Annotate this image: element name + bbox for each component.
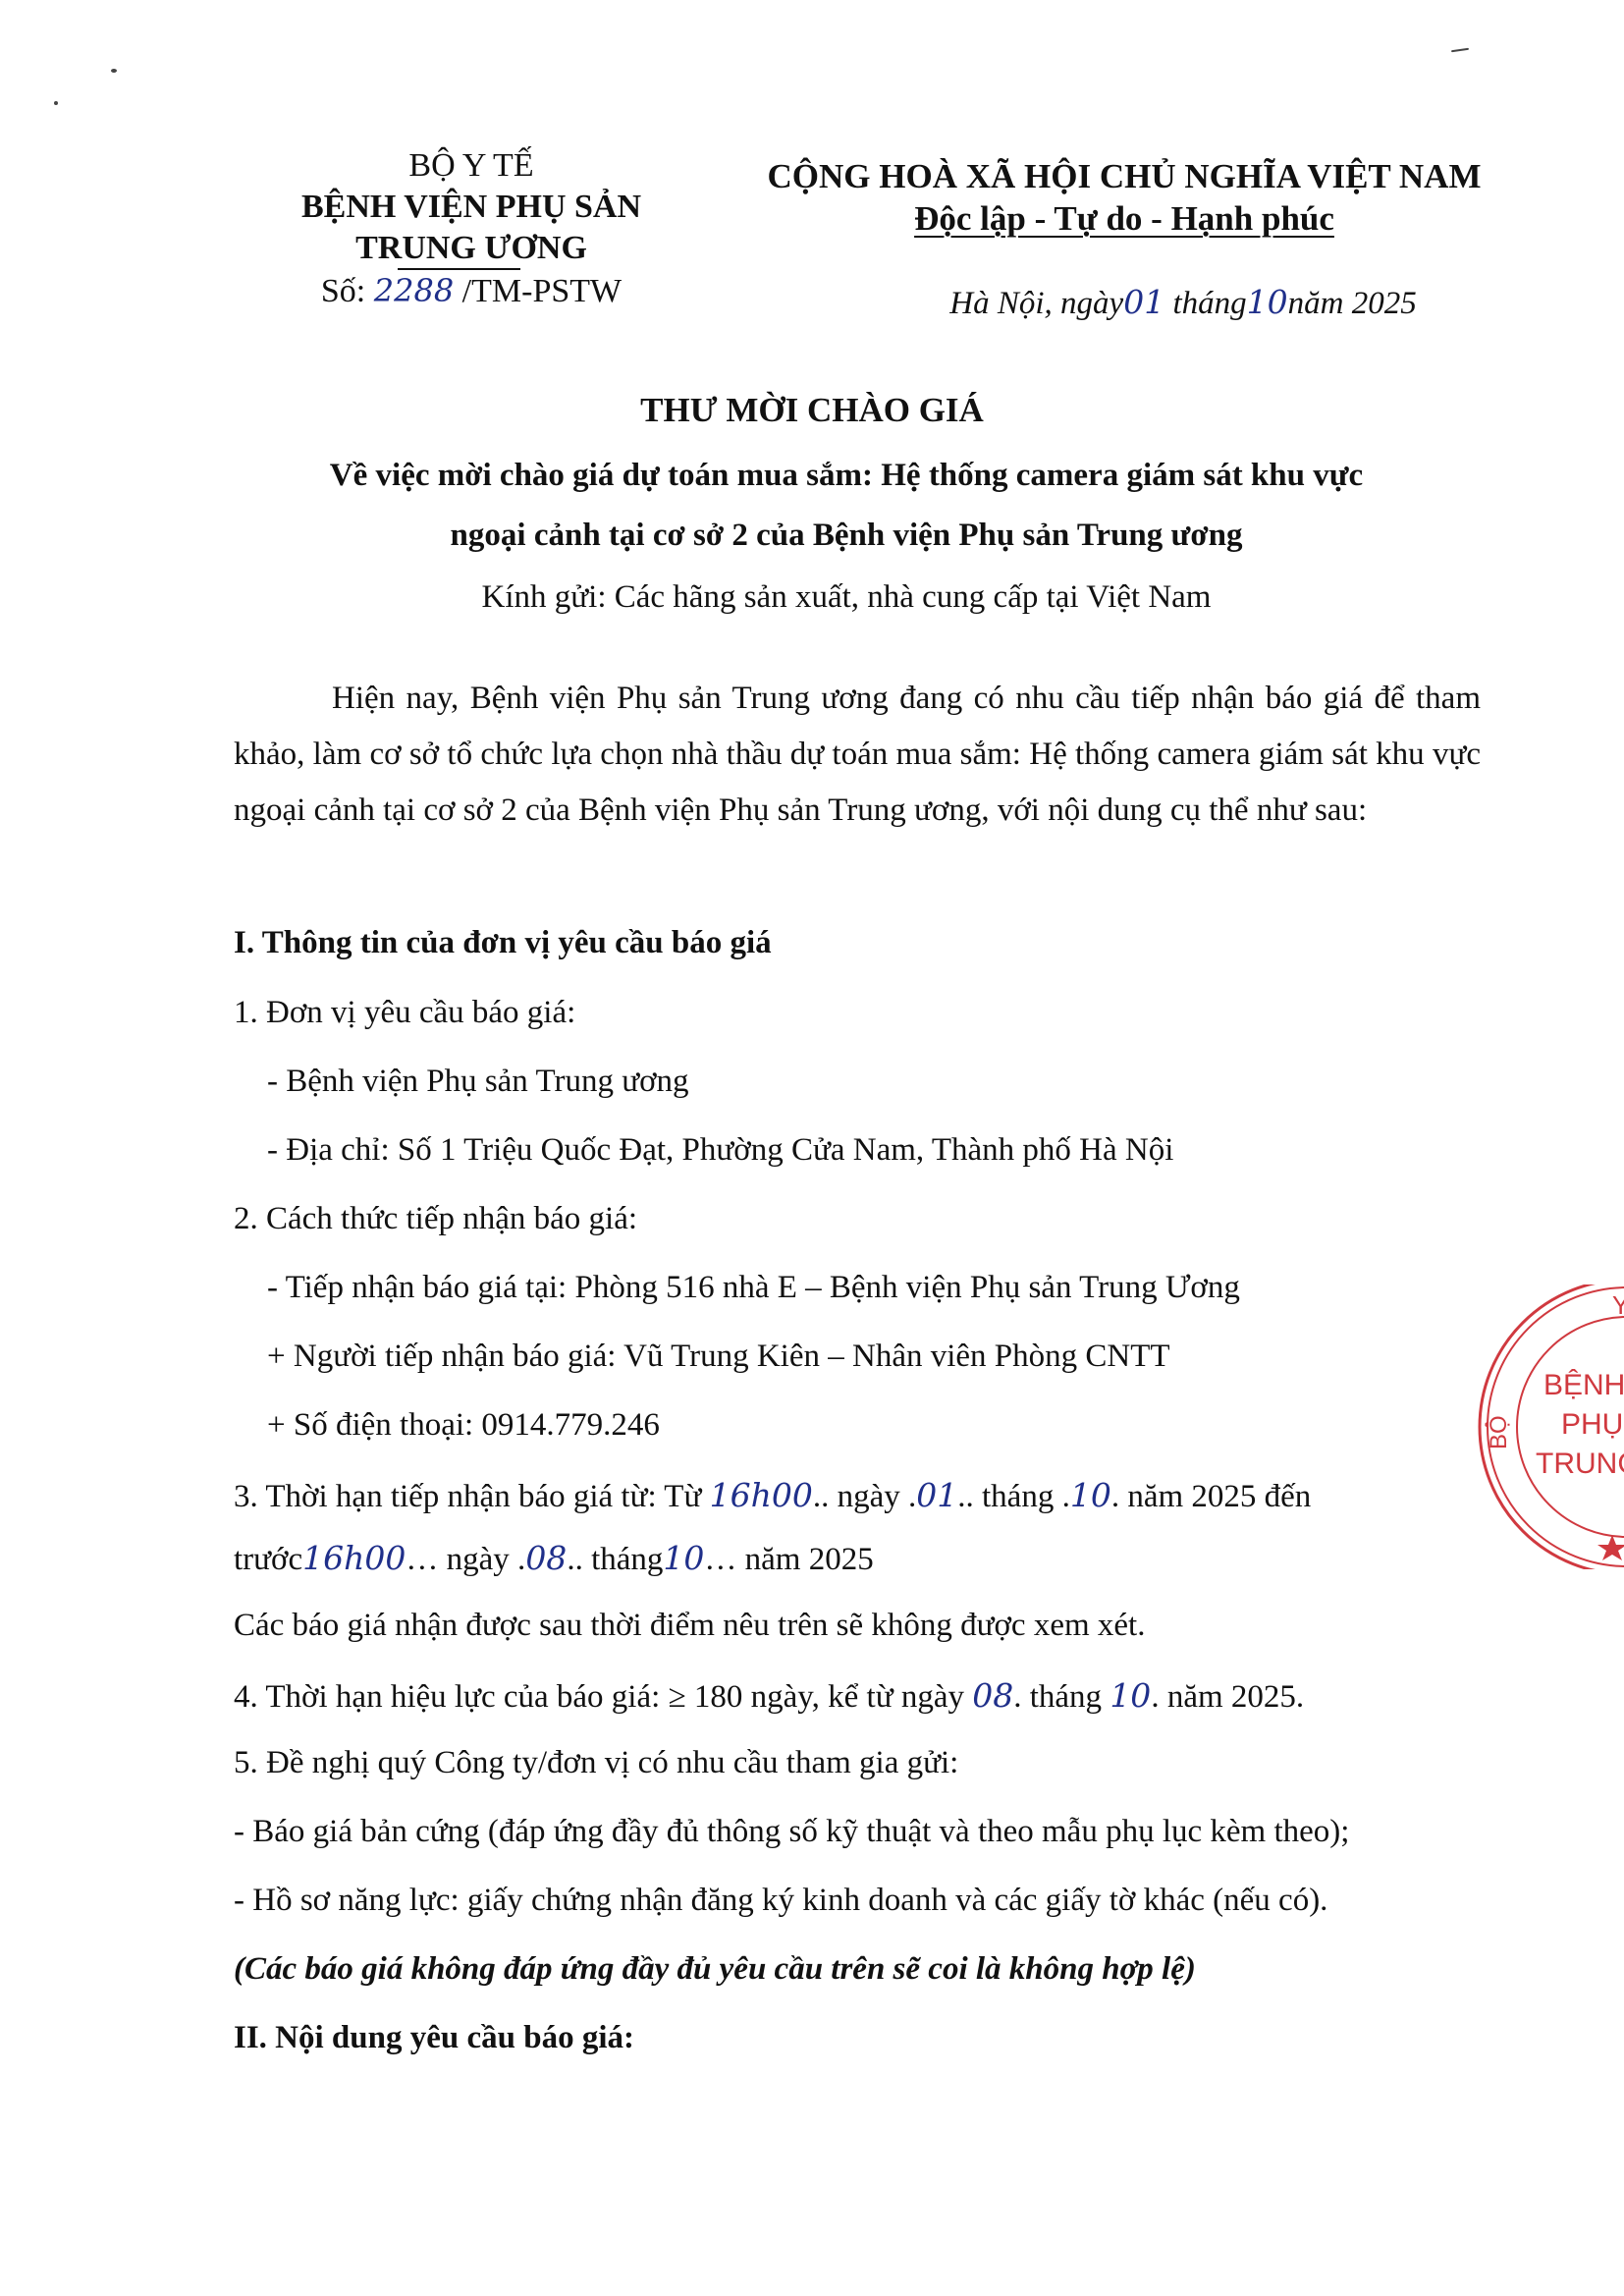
document-subject-line1: Về việc mời chào giá dự toán mua sắm: Hệ… (0, 458, 1624, 494)
item4-day: 08 (972, 1676, 1013, 1715)
item4-prefix: 4. Thời hạn hiệu lực của báo giá: ≥ 180 … (234, 1679, 964, 1715)
stamp-left-text: BỘ (1485, 1415, 1512, 1449)
item5-hard-copy: - Báo giá bản cứng (đáp ứng đầy đủ thông… (234, 1814, 1349, 1850)
section2-heading: II. Nội dung yêu cầu báo giá: (234, 2020, 634, 2056)
item1-name: - Bệnh viện Phụ sản Trung ương (267, 1064, 689, 1100)
item3-to-day: 08 (525, 1539, 567, 1577)
date-month-label: tháng (1172, 286, 1246, 321)
place-date: Hà Nội, ngày01 tháng10năm 2025 (722, 283, 1527, 322)
item3-to-month: 10 (663, 1539, 704, 1577)
scan-speck (54, 101, 58, 105)
item3-to-day-label: … ngày . (406, 1542, 525, 1577)
national-motto: Độc lập - Tự do - Hạnh phúc (722, 199, 1527, 239)
item5-capability: - Hồ sơ năng lực: giấy chứng nhận đăng k… (234, 1883, 1327, 1919)
late-notice: Các báo giá nhận được sau thời điểm nêu … (234, 1608, 1145, 1644)
document-number-handwritten: 2288 (374, 272, 454, 309)
section1-heading: I. Thông tin của đơn vị yêu cầu báo giá (234, 925, 772, 961)
hospital-name-line2-text: TRUNG ƯƠNG (355, 230, 587, 266)
hospital-underline (398, 268, 520, 270)
ministry-name: BỘ Y TẾ (255, 147, 687, 185)
document-title: THƯ MỜI CHÀO GIÁ (0, 391, 1624, 430)
item2-person: + Người tiếp nhận báo giá: Vũ Trung Kiên… (267, 1339, 1170, 1375)
item3-line2: trước16h00… ngày .08.. tháng10… năm 2025 (234, 1539, 874, 1578)
date-year: năm 2025 (1288, 286, 1417, 321)
item4-suffix: . năm 2025. (1151, 1679, 1304, 1715)
item4: 4. Thời hạn hiệu lực của báo giá: ≥ 180 … (234, 1676, 1304, 1716)
item4-month-label: . tháng (1013, 1679, 1102, 1715)
invalid-note: (Các báo giá không đáp ứng đầy đủ yêu cầ… (234, 1951, 1196, 1988)
document-subject-line2: ngoại cảnh tại cơ sở 2 của Bệnh viện Phụ… (0, 518, 1624, 554)
item3-to-time: 16h00 (302, 1539, 406, 1577)
item1-address: - Địa chỉ: Số 1 Triệu Quốc Đạt, Phường C… (267, 1132, 1173, 1169)
item2-phone: + Số điện thoại: 0914.779.246 (267, 1407, 660, 1444)
scan-speck (111, 69, 117, 73)
date-prefix: Hà Nội, ngày (949, 286, 1123, 321)
stamp-line3: TRUNG Ư (1536, 1448, 1624, 1480)
date-month-handwritten: 10 (1247, 283, 1288, 321)
item2-place: - Tiếp nhận báo giá tại: Phòng 516 nhà E… (267, 1270, 1240, 1306)
national-motto-text: Độc lập - Tự do - Hạnh phúc (914, 199, 1334, 238)
item3-to-year: … năm 2025 (704, 1542, 873, 1577)
item3-from-year: . năm 2025 đến (1111, 1479, 1311, 1514)
document-number-label: Số: (321, 273, 365, 309)
item4-month: 10 (1110, 1676, 1151, 1715)
item3-from-month-label: .. tháng . (957, 1479, 1070, 1514)
item5-label: 5. Đề nghị quý Công ty/đơn vị có nhu cầu… (234, 1745, 958, 1781)
intro-text: Hiện nay, Bệnh viện Phụ sản Trung ương đ… (234, 681, 1481, 828)
date-day-handwritten: 01 (1123, 283, 1164, 321)
recipient: Kính gửi: Các hãng sản xuất, nhà cung cấ… (0, 579, 1624, 616)
intro-paragraph: Hiện nay, Bệnh viện Phụ sản Trung ương đ… (234, 671, 1481, 839)
item3-to-month-label: .. tháng (567, 1542, 663, 1577)
stamp-top-text: Y (1612, 1290, 1624, 1320)
item3-from-time: 16h00 (710, 1476, 813, 1514)
document-number: Số: 2288 /TM-PSTW (255, 272, 687, 310)
item3-prefix: 3. Thời hạn tiếp nhận báo giá từ: Từ (234, 1479, 701, 1514)
item3-line1: 3. Thời hạn tiếp nhận báo giá từ: Từ 16h… (234, 1476, 1311, 1515)
item1-label: 1. Đơn vị yêu cầu báo giá: (234, 995, 575, 1031)
scan-speck (1451, 48, 1469, 52)
item3-from-day-label: .. ngày . (813, 1479, 916, 1514)
item3-from-day: 01 (916, 1476, 957, 1514)
stamp-star-icon (1597, 1535, 1624, 1560)
hospital-name-line2: TRUNG ƯƠNG (255, 230, 687, 267)
country-name: CỘNG HOÀ XÃ HỘI CHỦ NGHĨA VIỆT NAM (722, 157, 1527, 196)
stamp-seal-icon: Y BỘ BỆNH V PHỤ S TRUNG Ư (1465, 1285, 1624, 1569)
official-stamp: Y BỘ BỆNH V PHỤ S TRUNG Ư (1465, 1285, 1624, 1569)
hospital-name-line1: BỆNH VIỆN PHỤ SẢN (255, 189, 687, 226)
document-number-suffix: /TM-PSTW (462, 273, 622, 309)
item2-label: 2. Cách thức tiếp nhận báo giá: (234, 1201, 637, 1237)
item3-from-month: 10 (1070, 1476, 1111, 1514)
stamp-line1: BỆNH V (1543, 1369, 1624, 1401)
stamp-line2: PHỤ S (1561, 1408, 1624, 1441)
item3-to-prefix: trước (234, 1542, 302, 1577)
